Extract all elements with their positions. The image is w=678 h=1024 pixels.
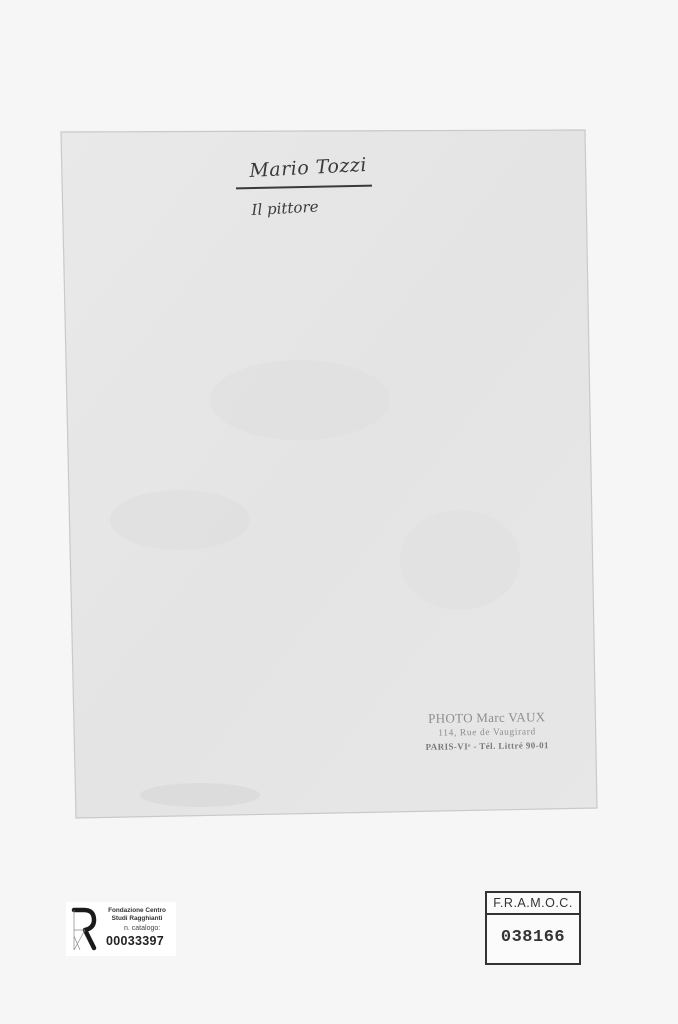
catalog-number: 00033397 <box>106 934 164 948</box>
catalog-label: n. catalogo: <box>124 925 160 932</box>
stamp-line-3: PARIS-VIᵉ - Tél. Littré 90-01 <box>412 739 562 754</box>
framoc-stamp: F.R.A.M.O.C. 038166 <box>485 891 581 965</box>
archive-label: Fondazione Centro Studi Ragghianti n. ca… <box>66 902 176 956</box>
handwritten-title: Il pittore <box>251 198 319 219</box>
institution-name: Fondazione Centro Studi Ragghianti <box>102 907 172 923</box>
framoc-number: 038166 <box>487 928 579 947</box>
photographer-stamp: PHOTO Marc VAUX 114, Rue de Vaugirard PA… <box>412 709 563 754</box>
card-shape <box>0 0 678 1024</box>
stamp-line-1: PHOTO Marc VAUX <box>412 709 562 727</box>
framoc-header: F.R.A.M.O.C. <box>487 893 579 915</box>
ragghianti-r-logo-icon <box>70 906 98 952</box>
photograph-card: Mario Tozzi Il pittore PHOTO Marc VAUX 1… <box>0 0 678 1024</box>
